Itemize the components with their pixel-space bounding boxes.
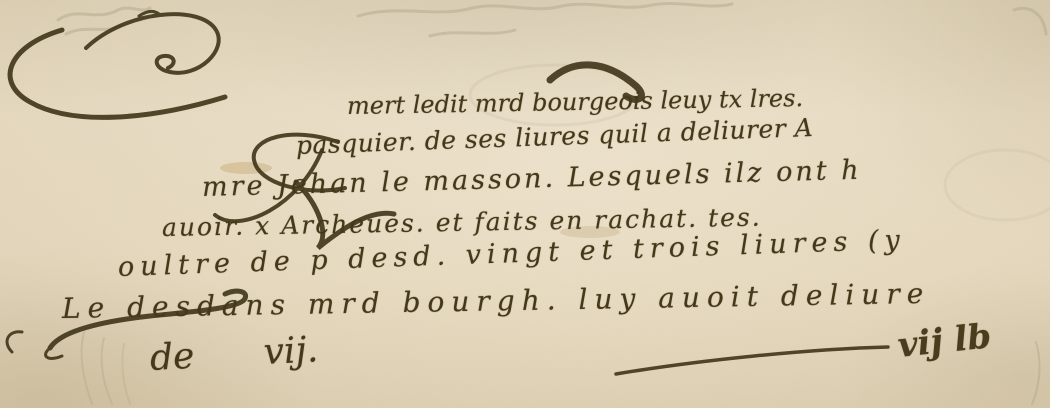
manuscript-line-7: de vij. [149, 329, 319, 379]
paraph-tail [10, 30, 225, 117]
margin-hook [7, 332, 22, 352]
line6-left-loop [46, 348, 62, 358]
sum-rule-line [616, 347, 888, 374]
paraph-curl [86, 14, 219, 73]
manuscript-page: mert ledit mrd bourgeois leuy tx lres. p… [0, 0, 1050, 408]
